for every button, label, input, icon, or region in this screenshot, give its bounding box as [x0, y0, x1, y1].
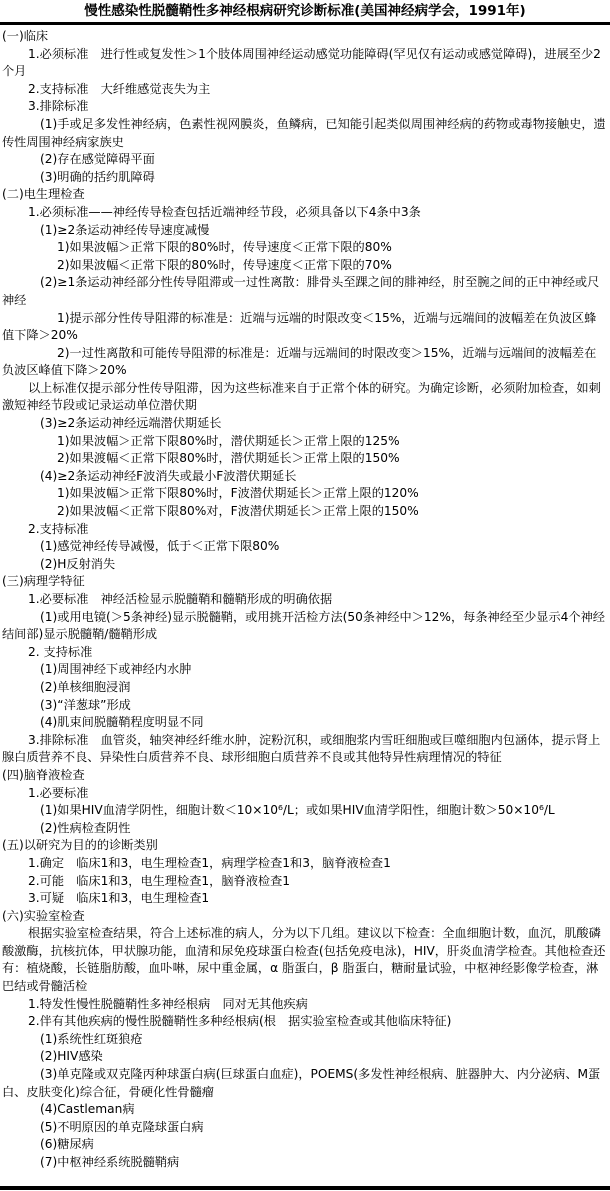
- paragraph: (3)单克隆或双克隆丙种球蛋白病(巨球蛋白血症)，POEMS(多发性神经根病、脏…: [2, 1066, 608, 1101]
- paragraph: 1)如果波幅＞正常下限的80%时，传导速度＜正常下限的80%: [2, 239, 608, 257]
- paragraph: 1.必须标准——神经传导检查包括近端神经节段，必须具备以下4条中3条: [2, 204, 608, 222]
- paragraph: (2)H反射消失: [2, 556, 608, 574]
- paragraph: (二)电生理检查: [2, 186, 608, 204]
- paragraph: (3)≥2条运动神经远端潜伏期延长: [2, 415, 608, 433]
- paragraph: 1.确定 临床1和3，电生理检查1，病理学检查1和3，脑脊液检查1: [2, 855, 608, 873]
- paragraph: 2.支持标准: [2, 521, 608, 539]
- paragraph: 2)一过性离散和可能传导阻滞的标准是：近端与远端间的时限改变＞15%，近端与远端…: [2, 345, 608, 380]
- paragraph: 2.支持标准 大纤维感觉丧失为主: [2, 81, 608, 99]
- paragraph: (1)周围神经下或神经内水肿: [2, 661, 608, 679]
- paragraph: 3.排除标准 血管炎，轴突神经纤维水肿，淀粉沉积，或细胞浆内雪旺细胞或巨噬细胞内…: [2, 732, 608, 767]
- paragraph: (四)脑脊液检查: [2, 767, 608, 785]
- paragraph: 1)如果波幅＞正常下限80%时，F波潜伏期延长＞正常上限的120%: [2, 485, 608, 503]
- paragraph: (2)HIV感染: [2, 1048, 608, 1066]
- page-title: 慢性感染性脱髓鞘性多神经根病研究诊断标准(美国神经病学会，1991年): [4, 3, 606, 20]
- paragraph: (4)≥2条运动神经F波消失或最小F波潜伏期延长: [2, 468, 608, 486]
- paragraph: 根据实验室检查结果，符合上述标准的病人，分为以下几组。建议以下检查：全血细胞计数…: [2, 925, 608, 995]
- paragraph: 2.伴有其他疾病的慢性脱髓鞘性多种经根病(根 据实验室检查或其他临床特征): [2, 1013, 608, 1031]
- paragraph: (7)中枢神经系统脱髓鞘病: [2, 1154, 608, 1172]
- paragraph: 1)提示部分性传导阻滞的标准是：近端与远端的时限改变＜15%，近端与远端间的波幅…: [2, 310, 608, 345]
- paragraph: (4)Castleman病: [2, 1101, 608, 1119]
- paragraph: (4)肌束间脱髓鞘程度明显不同: [2, 714, 608, 732]
- document-page: 慢性感染性脱髓鞘性多神经根病研究诊断标准(美国神经病学会，1991年) (一)临…: [0, 0, 610, 1191]
- paragraph: (1)感觉神经传导减慢，低于＜正常下限80%: [2, 538, 608, 556]
- paragraph: (1)手或足多发性神经病，色素性视网膜炎，鱼鳞病，已知能引起类似周围神经病的药物…: [2, 116, 608, 151]
- paragraph: 1.必要标准 神经活检显示脱髓鞘和髓鞘形成的明确依据: [2, 591, 608, 609]
- paragraph: (2)存在感觉障碍平面: [2, 151, 608, 169]
- paragraph: 2. 支持标准: [2, 644, 608, 662]
- paragraph: (1)系统性红斑狼疮: [2, 1031, 608, 1049]
- paragraph: (2)单核细胞浸润: [2, 679, 608, 697]
- title-bar: 慢性感染性脱髓鞘性多神经根病研究诊断标准(美国神经病学会，1991年): [0, 0, 610, 25]
- paragraph: 2)如果渡幅＜正常下限80%时，潜伏期延长＞正常上限的150%: [2, 450, 608, 468]
- paragraph: (1)≥2条运动神经传导速度减慢: [2, 222, 608, 240]
- paragraph: (5)不明原因的单克隆球蛋白病: [2, 1119, 608, 1137]
- paragraph: (2)≥1条运动神经部分性传导阻滞或一过性离散：腓骨头至踝之间的腓神经，肘至腕之…: [2, 274, 608, 309]
- paragraph: (1)如果HIV血清学阴性，细胞计数＜10×10⁶/L；或如果HIV血清学阳性，…: [2, 802, 608, 820]
- paragraph: 1.特发性慢性脱髓鞘性多神经根病 同对无其他疾病: [2, 996, 608, 1014]
- paragraph: (2)性病检查阴性: [2, 820, 608, 838]
- paragraph: 2)如果波幅＜正常下限的80%时，传导速度＜正常下限的70%: [2, 257, 608, 275]
- paragraph: 1.必要标准: [2, 785, 608, 803]
- paragraph: 2)如果波幅＜正常下限80%对，F波潜伏期延长＞正常上限的150%: [2, 503, 608, 521]
- document-body: (一)临床1.必须标准 进行性或复发性＞1个肢体周围神经运动感觉功能障碍(罕见仅…: [0, 25, 610, 1172]
- paragraph: (3)“洋葱球”形成: [2, 697, 608, 715]
- paragraph: (一)临床: [2, 28, 608, 46]
- paragraph: 3.可疑 临床1和3，电生理检查1: [2, 890, 608, 908]
- paragraph: 以上标准仅提示部分性传导阻滞，因为这些标准来自于正常个体的研究。为确定诊断，必须…: [2, 380, 608, 415]
- paragraph: (1)或用电镜(＞5条神经)显示脱髓鞘，或用挑开活检方法(50条神经中＞12%，…: [2, 609, 608, 644]
- paragraph: 3.排除标准: [2, 98, 608, 116]
- bottom-border-rule: [0, 1186, 610, 1190]
- paragraph: 2.可能 临床1和3，电生理检查1，脑脊液检查1: [2, 873, 608, 891]
- paragraph: 1)如果波幅＞正常下限80%时，潜伏期延长＞正常上限的125%: [2, 433, 608, 451]
- paragraph: (五)以研究为目的的诊断类别: [2, 837, 608, 855]
- paragraph: 1.必须标准 进行性或复发性＞1个肢体周围神经运动感觉功能障碍(罕见仅有运动或感…: [2, 46, 608, 81]
- paragraph: (三)病理学特征: [2, 573, 608, 591]
- paragraph: (3)明确的括约肌障碍: [2, 169, 608, 187]
- paragraph: (六)实验室检查: [2, 908, 608, 926]
- paragraph: (6)糖尿病: [2, 1136, 608, 1154]
